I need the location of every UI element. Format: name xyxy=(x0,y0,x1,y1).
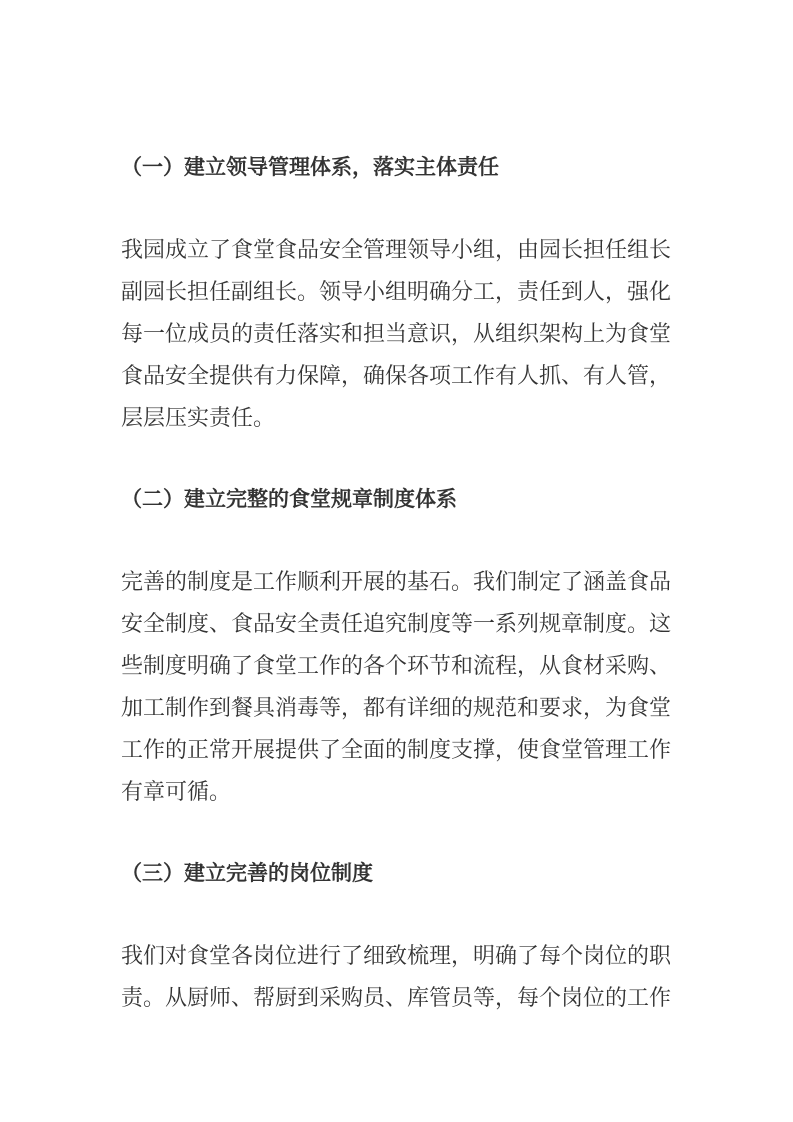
document-page: （一）建立领导管理体系，落实主体责任 我园成立了食堂食品安全管理领导小组，由园长… xyxy=(0,0,793,1122)
section-1: （一）建立领导管理体系，落实主体责任 我园成立了食堂食品安全管理领导小组，由园长… xyxy=(121,147,673,439)
section-3: （三）建立完善的岗位制度 我们对食堂各岗位进行了细致梳理，明确了每个岗位的职 责… xyxy=(121,853,673,1019)
section-2: （二）建立完整的食堂规章制度体系 完善的制度是工作顺利开展的基石。我们制定了涵盖… xyxy=(121,479,673,813)
section-1-paragraph: 我园成立了食堂食品安全管理领导小组，由园长担任组长 副园长担任副组长。领导小组明… xyxy=(121,229,673,439)
section-1-heading: （一）建立领导管理体系，落实主体责任 xyxy=(121,147,673,189)
section-2-paragraph: 完善的制度是工作顺利开展的基石。我们制定了涵盖食品 安全制度、食品安全责任追究制… xyxy=(121,561,673,813)
section-3-paragraph: 我们对食堂各岗位进行了细致梳理，明确了每个岗位的职 责。从厨师、帮厨到采购员、库… xyxy=(121,935,673,1019)
section-2-heading: （二）建立完整的食堂规章制度体系 xyxy=(121,479,673,521)
section-3-heading: （三）建立完善的岗位制度 xyxy=(121,853,673,895)
